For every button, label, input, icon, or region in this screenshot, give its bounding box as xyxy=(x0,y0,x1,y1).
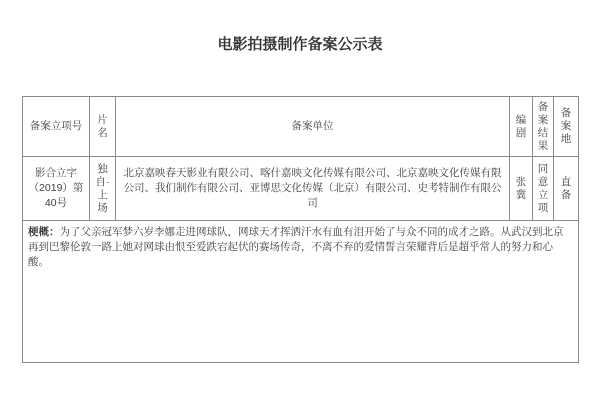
film-title-value: 独自·上场 xyxy=(95,163,111,215)
cell-synopsis: 梗概：为了父亲冠军梦六岁李娜走进网球队，网球天才挥洒汗水有血有泪开始了与众不同的… xyxy=(23,221,579,363)
header-screenwriter: 编剧 xyxy=(510,97,533,157)
record-place-value: 直备 xyxy=(558,176,574,202)
table-synopsis-row: 梗概：为了父亲冠军梦六岁李娜走进网球队，网球天才挥洒汗水有血有泪开始了与众不同的… xyxy=(23,221,579,363)
cell-record-place: 直备 xyxy=(554,157,579,221)
record-unit-value: 北京嘉映春天影业有限公司、喀什嘉映文化传媒有限公司、北京嘉映文化传媒有限公司、我… xyxy=(120,166,506,211)
header-record-place: 备案地 xyxy=(554,97,579,157)
film-record-table: 备案立项号 片名 备案单位 编剧 备案结果 备案地 影合立字（2019）第40号 xyxy=(22,96,579,363)
table-header-row: 备案立项号 片名 备案单位 编剧 备案结果 备案地 xyxy=(23,97,579,157)
header-record-place-label: 备案地 xyxy=(558,107,574,146)
header-record-number-label: 备案立项号 xyxy=(24,119,88,134)
cell-record-unit: 北京嘉映春天影业有限公司、喀什嘉映文化传媒有限公司、北京嘉映文化传媒有限公司、我… xyxy=(116,157,510,221)
header-record-result: 备案结果 xyxy=(533,97,554,157)
header-record-result-label: 备案结果 xyxy=(535,101,551,153)
screenwriter-value: 张冀 xyxy=(513,176,529,202)
cell-screenwriter: 张冀 xyxy=(510,157,533,221)
table-data-row: 影合立字（2019）第40号 独自·上场 北京嘉映春天影业有限公司、喀什嘉映文化… xyxy=(23,157,579,221)
page-title: 电影拍摄制作备案公示表 xyxy=(0,0,600,53)
cell-film-title: 独自·上场 xyxy=(90,157,116,221)
header-screenwriter-label: 编剧 xyxy=(513,114,529,140)
document-page: 电影拍摄制作备案公示表 备案立项号 片名 备案单位 编剧 备案结果 xyxy=(0,0,600,363)
header-film-title-label: 片名 xyxy=(95,114,111,140)
record-result-value: 同意立项 xyxy=(535,163,551,215)
cell-record-number: 影合立字（2019）第40号 xyxy=(23,157,90,221)
record-number-value: 影合立字（2019）第40号 xyxy=(27,166,85,211)
header-film-title: 片名 xyxy=(90,97,116,157)
cell-record-result: 同意立项 xyxy=(533,157,554,221)
synopsis-label: 梗概： xyxy=(28,226,60,238)
synopsis-text: 为了父亲冠军梦六岁李娜走进网球队，网球天才挥洒汗水有血有泪开始了与众不同的成才之… xyxy=(28,226,564,268)
header-record-unit-label: 备案单位 xyxy=(117,119,508,134)
header-record-number: 备案立项号 xyxy=(23,97,90,157)
header-record-unit: 备案单位 xyxy=(116,97,510,157)
